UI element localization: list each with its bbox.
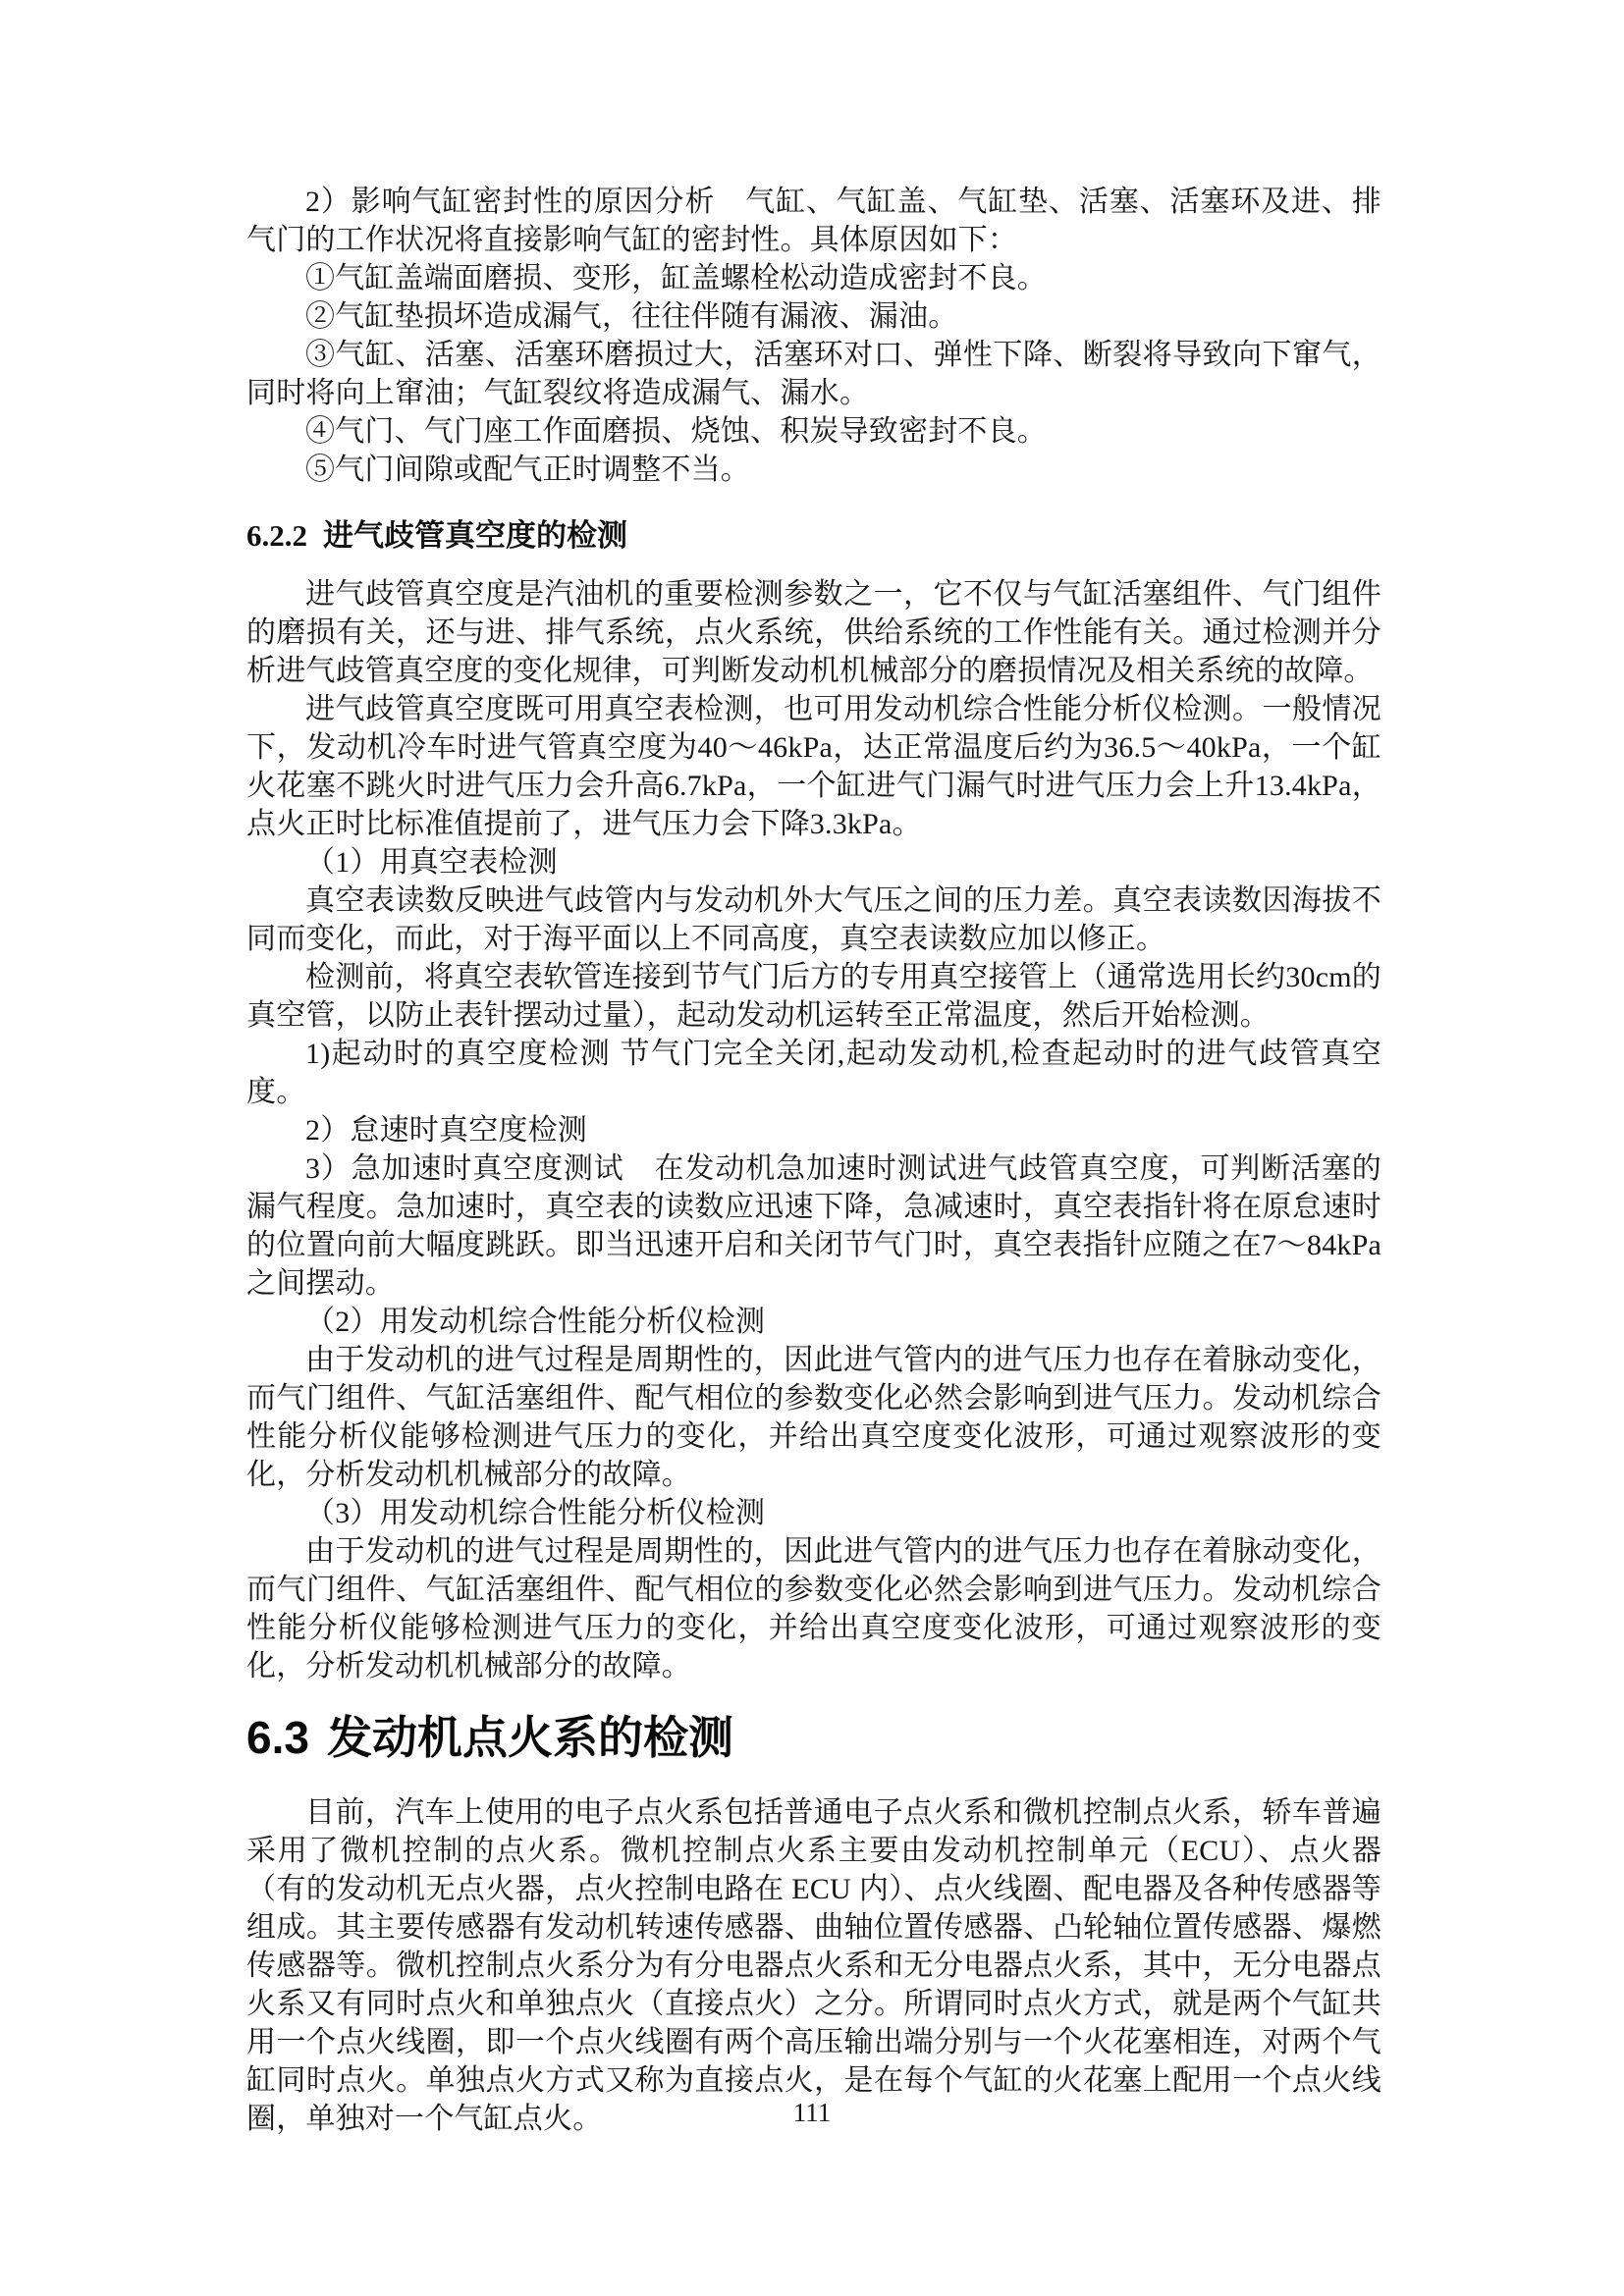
paragraph-vacuum-intro: 进气歧管真空度是汽油机的重要检测参数之一，它不仅与气缸活塞组件、气门组件的磨损有… [246, 575, 1381, 690]
paragraph-cause-4: ④气门、气门座工作面磨损、烧蚀、积炭导致密封不良。 [246, 412, 1381, 451]
section-heading-number: 6.2.2 [246, 518, 307, 553]
paragraph-test-accel: 3）急加速时真空度测试 在发动机急加速时测试进气歧管真空度，可判断活塞的漏气程度… [246, 1149, 1381, 1303]
chapter-heading-6-3: 6.3发动机点火系的检测 [246, 1709, 1381, 1766]
paragraph-cause-2: ②气缸垫损坏造成漏气，往往伴随有漏液、漏油。 [246, 297, 1381, 336]
section-heading-title: 进气歧管真空度的检测 [323, 518, 627, 553]
paragraph-gauge-setup: 检测前，将真空表软管连接到节气门后方的专用真空接管上（通常选用长约30cm的真空… [246, 958, 1381, 1035]
paragraph-test-start: 1)起动时的真空度检测 节气门完全关闭,起动发动机,检查起动时的进气歧管真空度。 [246, 1035, 1381, 1111]
paragraph-analyzer-desc-2: 由于发动机的进气过程是周期性的，因此进气管内的进气压力也存在着脉动变化，而气门组… [246, 1532, 1381, 1685]
paragraph-cause-1: ①气缸盖端面磨损、变形，缸盖螺栓松动造成密封不良。 [246, 259, 1381, 297]
paragraph-method-2: （2）用发动机综合性能分析仪检测 [246, 1303, 1381, 1341]
section-heading-6-2-2: 6.2.2进气歧管真空度的检测 [246, 516, 1381, 556]
paragraph-method-1: （1）用真空表检测 [246, 843, 1381, 881]
paragraph-cause-5: ⑤气门间隙或配气正时调整不当。 [246, 451, 1381, 489]
paragraph-seal-cause-intro: 2）影响气缸密封性的原因分析 气缸、气缸盖、气缸垫、活塞、活塞环及进、排气门的工… [246, 183, 1381, 259]
paragraph-cause-3: ③气缸、活塞、活塞环磨损过大，活塞环对口、弹性下降、断裂将导致向下窜气，同时将向… [246, 336, 1381, 412]
paragraph-analyzer-desc-1: 由于发动机的进气过程是周期性的，因此进气管内的进气压力也存在着脉动变化，而气门组… [246, 1341, 1381, 1494]
page-content: 2）影响气缸密封性的原因分析 气缸、气缸盖、气缸垫、活塞、活塞环及进、排气门的工… [246, 183, 1381, 2138]
paragraph-test-idle: 2）怠速时真空度检测 [246, 1111, 1381, 1149]
paragraph-method-3: （3）用发动机综合性能分析仪检测 [246, 1494, 1381, 1532]
paragraph-gauge-reading: 真空表读数反映进气歧管内与发动机外大气压之间的压力差。真空表读数因海拔不同而变化… [246, 881, 1381, 958]
paragraph-vacuum-values: 进气歧管真空度既可用真空表检测，也可用发动机综合性能分析仪检测。一般情况下，发动… [246, 690, 1381, 843]
paragraph-ignition-intro: 目前，汽车上使用的电子点火系包括普通电子点火系和微机控制点火系，轿车普遍采用了微… [246, 1793, 1381, 2138]
document-page: 2）影响气缸密封性的原因分析 气缸、气缸盖、气缸垫、活塞、活塞环及进、排气门的工… [0, 0, 1624, 2296]
chapter-heading-title: 发动机点火系的检测 [327, 1712, 733, 1763]
chapter-heading-number: 6.3 [246, 1712, 309, 1763]
page-number: 111 [0, 2097, 1624, 2128]
